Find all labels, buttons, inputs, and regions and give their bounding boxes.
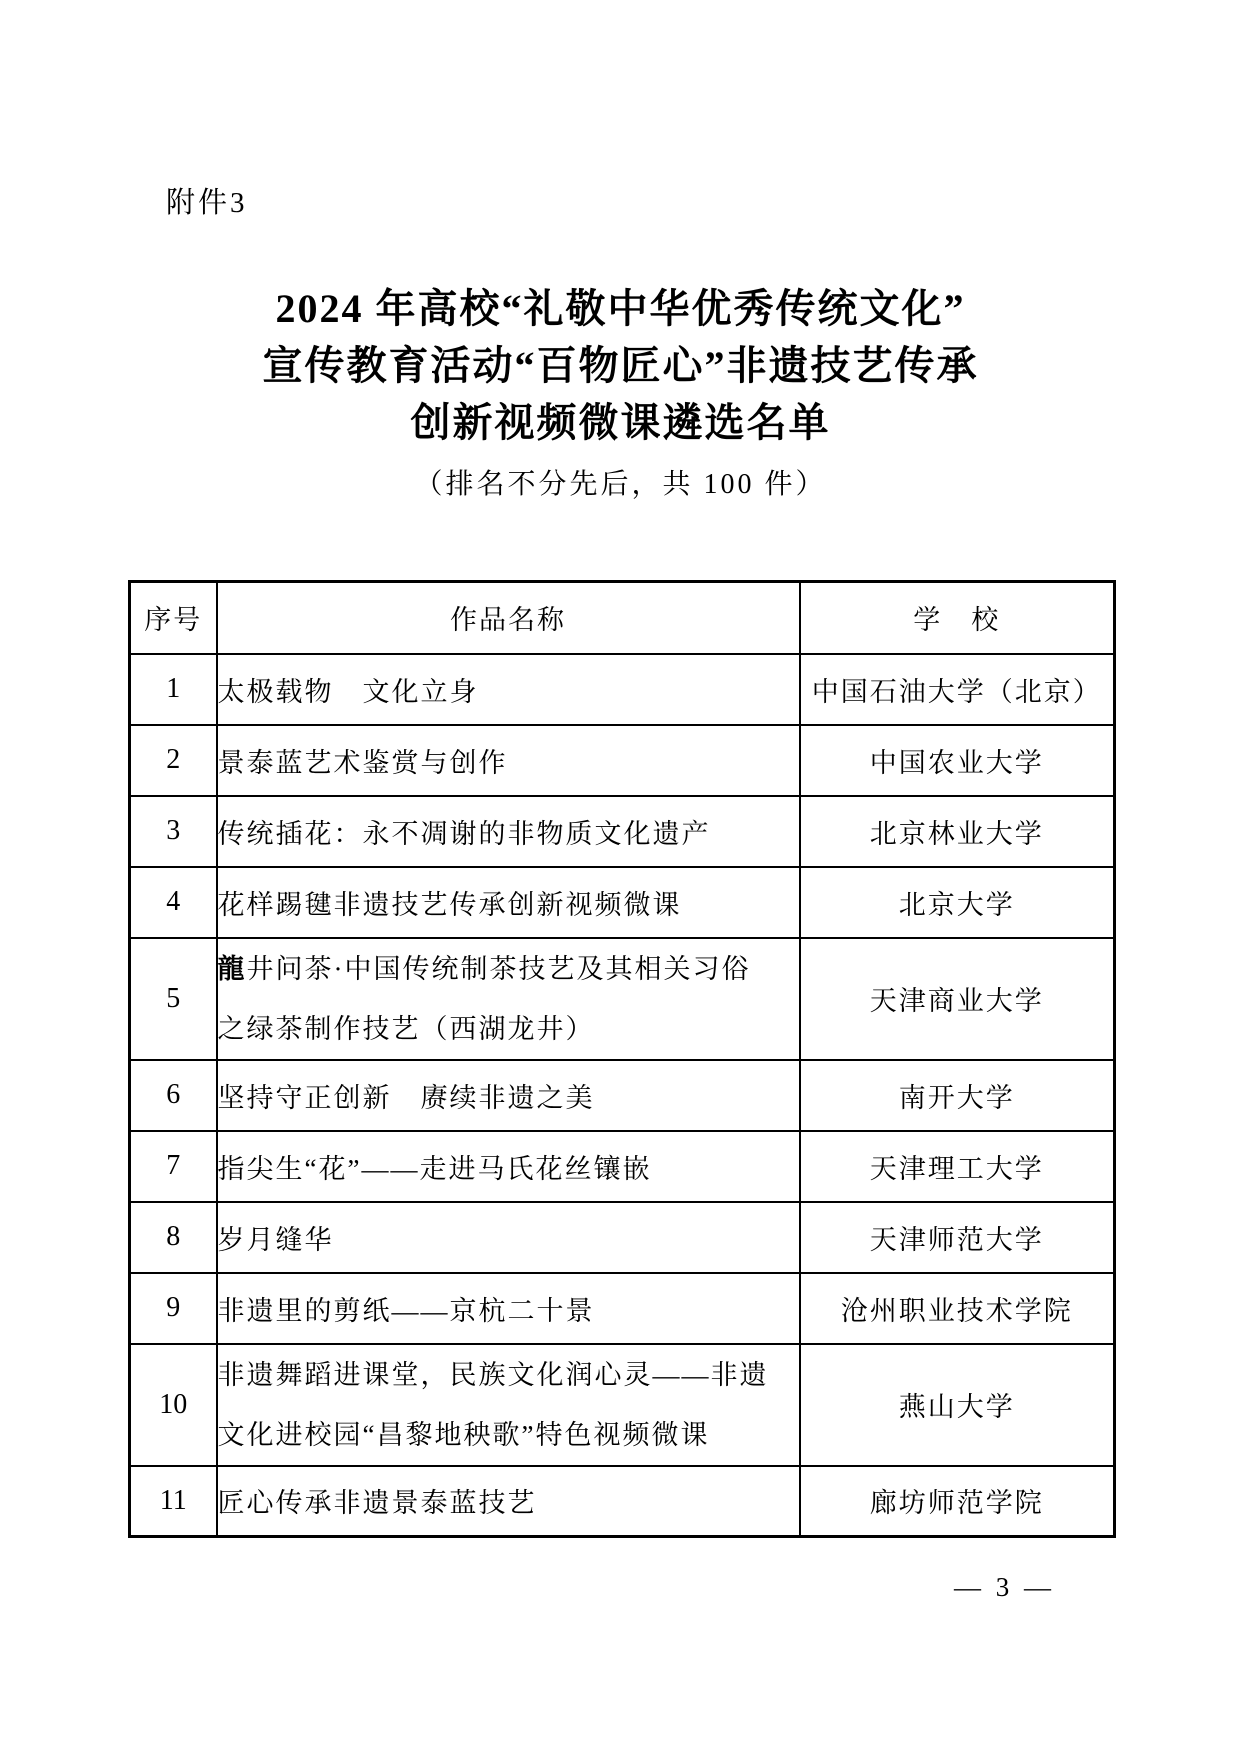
- school-cell: 北京大学: [800, 867, 1115, 938]
- title-line-3: 创新视频微课遴选名单: [0, 394, 1241, 451]
- row-index-cell: 3: [130, 796, 217, 867]
- table-row: 1太极载物 文化立身中国石油大学（北京）: [130, 654, 1115, 725]
- document-title: 2024 年高校“礼敬中华优秀传统文化” 宣传教育活动“百物匠心”非遗技艺传承 …: [0, 280, 1241, 451]
- row-index-cell: 11: [130, 1466, 217, 1537]
- table-header: 序号 作品名称 学 校: [130, 582, 1115, 654]
- work-title-line: 龍井问茶·中国传统制茶技艺及其相关习俗: [218, 939, 799, 999]
- header-cell-school: 学 校: [800, 582, 1115, 654]
- header-cell-title: 作品名称: [217, 582, 800, 654]
- row-index-cell: 2: [130, 725, 217, 796]
- row-index-cell: 10: [130, 1344, 217, 1466]
- row-index-cell: 6: [130, 1060, 217, 1131]
- work-title-cell: 非遗舞蹈进课堂，民族文化润心灵——非遗文化进校园“昌黎地秧歌”特色视频微课: [217, 1344, 800, 1466]
- attachment-label: 附件3: [166, 180, 248, 221]
- document-subtitle: （排名不分先后，共 100 件）: [0, 462, 1241, 502]
- work-title-cell: 坚持守正创新 赓续非遗之美: [217, 1060, 800, 1131]
- work-title-cell: 传统插花：永不凋谢的非物质文化遗产: [217, 796, 800, 867]
- table-row: 4花样踢毽非遗技艺传承创新视频微课北京大学: [130, 867, 1115, 938]
- title-line-2: 宣传教育活动“百物匠心”非遗技艺传承: [0, 337, 1241, 394]
- row-index-cell: 9: [130, 1273, 217, 1344]
- row-index-cell: 8: [130, 1202, 217, 1273]
- header-cell-index: 序号: [130, 582, 217, 654]
- work-title-line: 之绿茶制作技艺（西湖龙井）: [218, 999, 799, 1059]
- school-cell: 南开大学: [800, 1060, 1115, 1131]
- row-index-cell: 7: [130, 1131, 217, 1202]
- table-row: 8岁月缝华天津师范大学: [130, 1202, 1115, 1273]
- work-title-cell: 匠心传承非遗景泰蓝技艺: [217, 1466, 800, 1537]
- work-title-line: 非遗舞蹈进课堂，民族文化润心灵——非遗: [218, 1345, 799, 1405]
- works-table: 序号 作品名称 学 校 1太极载物 文化立身中国石油大学（北京）2景泰蓝艺术鉴赏…: [128, 580, 1116, 1538]
- table-row: 3传统插花：永不凋谢的非物质文化遗产北京林业大学: [130, 796, 1115, 867]
- work-title-line: 文化进校园“昌黎地秧歌”特色视频微课: [218, 1405, 799, 1465]
- table-body: 1太极载物 文化立身中国石油大学（北京）2景泰蓝艺术鉴赏与创作中国农业大学3传统…: [130, 654, 1115, 1537]
- table-row: 2景泰蓝艺术鉴赏与创作中国农业大学: [130, 725, 1115, 796]
- row-index-cell: 5: [130, 938, 217, 1060]
- school-cell: 天津商业大学: [800, 938, 1115, 1060]
- school-cell: 廊坊师范学院: [800, 1466, 1115, 1537]
- row-index-cell: 1: [130, 654, 217, 725]
- work-title-cell: 龍井问茶·中国传统制茶技艺及其相关习俗之绿茶制作技艺（西湖龙井）: [217, 938, 800, 1060]
- school-cell: 天津师范大学: [800, 1202, 1115, 1273]
- table-row: 7指尖生“花”——走进马氏花丝镶嵌天津理工大学: [130, 1131, 1115, 1202]
- work-title-cell: 花样踢毽非遗技艺传承创新视频微课: [217, 867, 800, 938]
- work-title-cell: 岁月缝华: [217, 1202, 800, 1273]
- table-row: 5龍井问茶·中国传统制茶技艺及其相关习俗之绿茶制作技艺（西湖龙井）天津商业大学: [130, 938, 1115, 1060]
- table-row: 9非遗里的剪纸——京杭二十景沧州职业技术学院: [130, 1273, 1115, 1344]
- work-title-cell: 非遗里的剪纸——京杭二十景: [217, 1273, 800, 1344]
- school-cell: 燕山大学: [800, 1344, 1115, 1466]
- table-row: 10非遗舞蹈进课堂，民族文化润心灵——非遗文化进校园“昌黎地秧歌”特色视频微课燕…: [130, 1344, 1115, 1466]
- table-row: 6坚持守正创新 赓续非遗之美南开大学: [130, 1060, 1115, 1131]
- school-cell: 中国石油大学（北京）: [800, 654, 1115, 725]
- work-title-cell: 景泰蓝艺术鉴赏与创作: [217, 725, 800, 796]
- work-title-cell: 太极载物 文化立身: [217, 654, 800, 725]
- school-cell: 天津理工大学: [800, 1131, 1115, 1202]
- school-cell: 北京林业大学: [800, 796, 1115, 867]
- document-page: 附件3 2024 年高校“礼敬中华优秀传统文化” 宣传教育活动“百物匠心”非遗技…: [0, 0, 1241, 1755]
- page-number: — 3 —: [954, 1572, 1055, 1603]
- title-line-1: 2024 年高校“礼敬中华优秀传统文化”: [0, 280, 1241, 337]
- work-title-cell: 指尖生“花”——走进马氏花丝镶嵌: [217, 1131, 800, 1202]
- table-header-row: 序号 作品名称 学 校: [130, 582, 1115, 654]
- school-cell: 沧州职业技术学院: [800, 1273, 1115, 1344]
- row-index-cell: 4: [130, 867, 217, 938]
- school-cell: 中国农业大学: [800, 725, 1115, 796]
- table-row: 11匠心传承非遗景泰蓝技艺廊坊师范学院: [130, 1466, 1115, 1537]
